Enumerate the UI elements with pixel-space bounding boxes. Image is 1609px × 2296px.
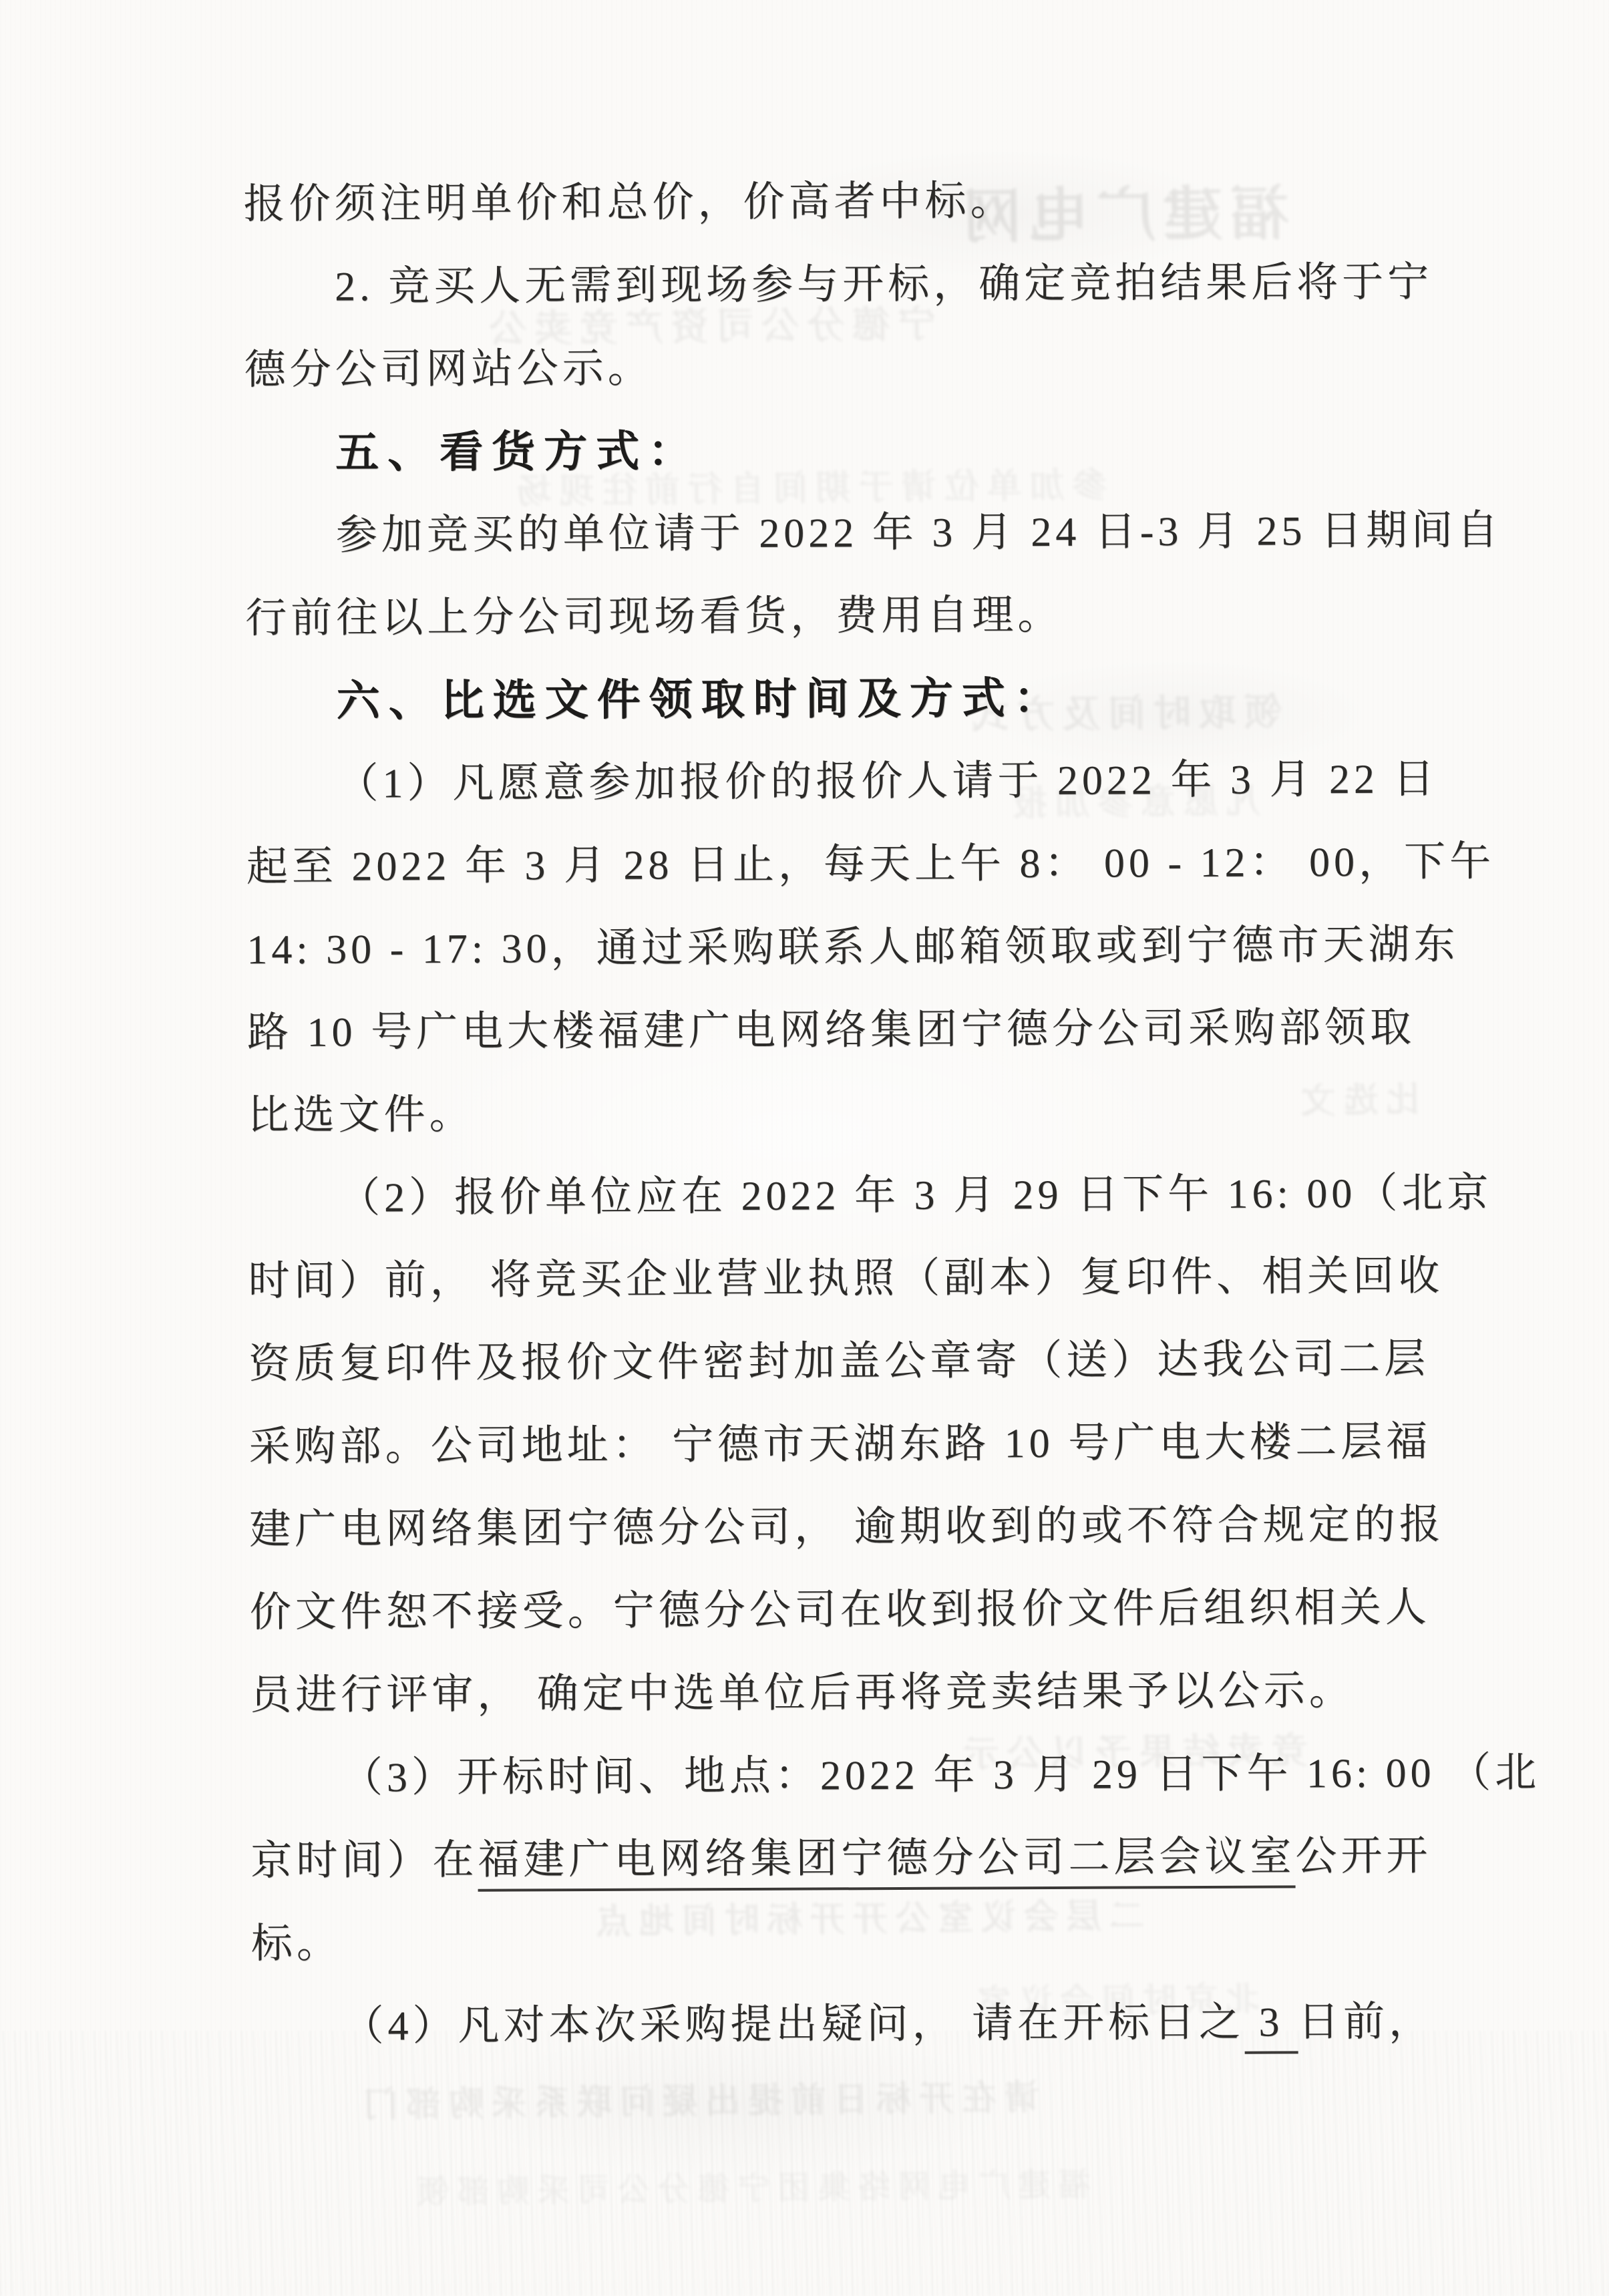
text-line: 员进行评审， 确定中选单位后再将竞卖结果予以公示。 bbox=[250, 1649, 1453, 1737]
text-run: 京时间）在 bbox=[250, 1838, 478, 1884]
text-line: 路 10 号广电大楼福建广电网络集团宁德分公司采购部领取 bbox=[247, 986, 1450, 1074]
text-run: 路 10 号广电大楼福建广电网络集团宁德分公司采购部领取 bbox=[247, 1005, 1415, 1056]
text-line: （2）报价单位应在 2022 年 3 月 29 日下午 16: 00（北京 bbox=[248, 1152, 1451, 1240]
text-run: 比选文件。 bbox=[247, 1092, 474, 1138]
text-run: 公开开 bbox=[1295, 1834, 1431, 1880]
text-line: 行前往以上分公司现场看货，费用自理。 bbox=[245, 572, 1448, 660]
text-run: 资质复印件及报价文件密封加盖公章寄（送）达我公司二层 bbox=[248, 1337, 1429, 1387]
text-run: 价文件恕不接受。宁德分公司在收到报价文件后组织相关人 bbox=[250, 1585, 1431, 1636]
text-line: （3）开标时间、地点：2022 年 3 月 29 日下午 16: 00 （北 bbox=[250, 1732, 1453, 1820]
text-line: 参加竞买的单位请于 2022 年 3 月 24 日-3 月 25 日期间自 bbox=[244, 489, 1447, 577]
text-run: 参加竞买的单位请于 2022 年 3 月 24 日-3 月 25 日期间自 bbox=[336, 508, 1502, 558]
underlined-text: 福建广电网络集团宁德分公司二层会议室 bbox=[478, 1834, 1295, 1891]
heading-line: 五、看货方式： bbox=[244, 406, 1447, 494]
document-body: 报价须注明单价和总价，价高者中标。2. 竞买人无需到现场参与开标，确定竞拍结果后… bbox=[243, 158, 1453, 2068]
underlined-text: 3 bbox=[1244, 1999, 1298, 2054]
text-run: 时间）前， 将竞买企业营业执照（副本）复印件、相关回收 bbox=[248, 1253, 1443, 1304]
text-run: （2）报价单位应在 2022 年 3 月 29 日下午 16: 00（北京 bbox=[339, 1170, 1493, 1221]
scanned-document-page: 福建广电网宁德分公司资产竞卖公参加单位请于期间自行前往现场领取时间及方式凡愿意参… bbox=[0, 0, 1609, 2296]
text-line: 资质复印件及报价文件密封加盖公章寄（送）达我公司二层 bbox=[248, 1317, 1451, 1406]
text-run: 报价须注明单价和总价，价高者中标。 bbox=[243, 178, 1015, 227]
text-line: 标。 bbox=[251, 1897, 1454, 1985]
text-line: 采购部。公司地址： 宁德市天湖东路 10 号广电大楼二层福 bbox=[248, 1400, 1451, 1488]
text-run: （4）凡对本次采购提出疑问， 请在开标日之 bbox=[342, 2000, 1244, 2049]
text-run: 员进行评审， 确定中选单位后再将竞卖结果予以公示。 bbox=[250, 1668, 1355, 1718]
text-line: 报价须注明单价和总价，价高者中标。 bbox=[243, 158, 1446, 246]
text-line: 起至 2022 年 3 月 28 日止，每天上午 8： 00 - 12： 00，… bbox=[246, 820, 1449, 909]
text-run: 建广电网络集团宁德分公司， 逾期收到的或不符合规定的报 bbox=[249, 1502, 1445, 1552]
text-line: （4）凡对本次采购提出疑问， 请在开标日之 3 日前， bbox=[251, 1980, 1454, 2068]
text-run: （3）开标时间、地点：2022 年 3 月 29 日下午 16: 00 （北 bbox=[341, 1750, 1541, 1801]
text-run: 14: 30 - 17: 30，通过采购联系人邮箱领取或到宁德市天湖东 bbox=[246, 922, 1459, 973]
text-run: 德分公司网站公示。 bbox=[244, 346, 653, 393]
text-run: 起至 2022 年 3 月 28 日止，每天上午 8： 00 - 12： 00，… bbox=[246, 839, 1495, 890]
text-line: （1）凡愿意参加报价的报价人请于 2022 年 3 月 22 日 bbox=[246, 737, 1449, 826]
text-line: 2. 竞买人无需到现场参与开标，确定竞拍结果后将于宁 bbox=[244, 240, 1447, 329]
text-run: （1）凡愿意参加报价的报价人请于 2022 年 3 月 22 日 bbox=[337, 756, 1438, 806]
text-line: 比选文件。 bbox=[247, 1069, 1450, 1157]
heading-line: 六、比选文件领取时间及方式： bbox=[246, 655, 1449, 743]
text-run: 2. 竞买人无需到现场参与开标，确定竞拍结果后将于宁 bbox=[335, 259, 1433, 309]
text-line: 价文件恕不接受。宁德分公司在收到报价文件后组织相关人 bbox=[250, 1566, 1453, 1654]
text-run: 采购部。公司地址： 宁德市天湖东路 10 号广电大楼二层福 bbox=[249, 1419, 1432, 1470]
text-run: 日前， bbox=[1298, 1999, 1434, 2045]
bleedthrough-text: 福建广电网络集团宁德分公司采购部领 bbox=[409, 2158, 1091, 2212]
scan-tilt-wrapper: 福建广电网宁德分公司资产竞卖公参加单位请于期间自行前往现场领取时间及方式凡愿意参… bbox=[0, 0, 1609, 2296]
text-run: 六、比选文件领取时间及方式： bbox=[337, 673, 1066, 725]
text-run: 五、看货方式： bbox=[335, 426, 700, 476]
text-run: 标。 bbox=[251, 1921, 342, 1967]
text-line: 14: 30 - 17: 30，通过采购联系人邮箱领取或到宁德市天湖东 bbox=[246, 903, 1449, 991]
text-run: 行前往以上分公司现场看货，费用自理。 bbox=[245, 593, 1063, 641]
text-line: 京时间）在福建广电网络集团宁德分公司二层会议室公开开 bbox=[250, 1814, 1453, 1903]
text-line: 时间）前， 将竞买企业营业执照（副本）复印件、相关回收 bbox=[248, 1235, 1451, 1323]
bleedthrough-text: 请在开标日前提出疑问联系采购部门 bbox=[355, 2069, 1040, 2127]
text-line: 德分公司网站公示。 bbox=[244, 323, 1447, 412]
text-line: 建广电网络集团宁德分公司， 逾期收到的或不符合规定的报 bbox=[249, 1483, 1452, 1571]
